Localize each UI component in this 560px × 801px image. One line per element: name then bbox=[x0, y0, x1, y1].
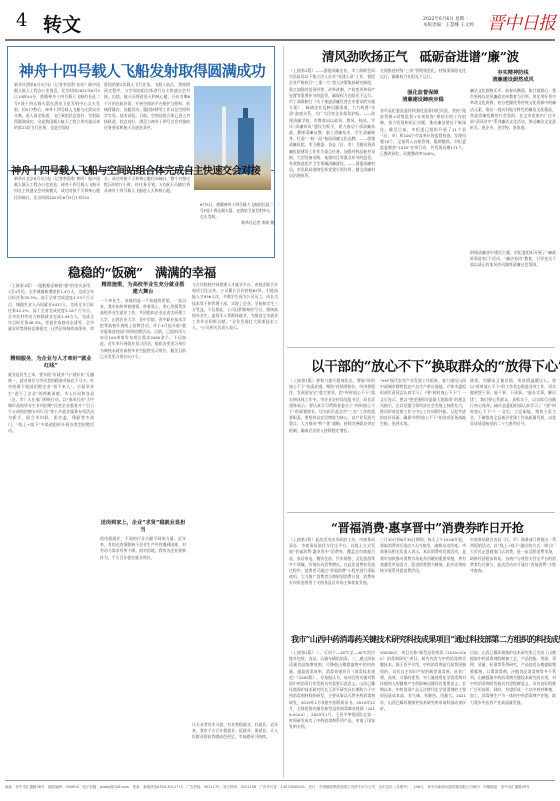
section-divider bbox=[287, 512, 555, 513]
section-divider bbox=[287, 347, 555, 348]
right-top-col2-intro: 全面推进村级“三资”管理规范化，村级事务阳光化运行，确保权力在阳光下运行。 bbox=[380, 68, 466, 86]
bottom-col2: Y003007，项目名称“新型冠状病毒（2019-nCoV）消毒剂研究”项目。研… bbox=[380, 650, 466, 778]
left-mid-col3-body: 与合作院校共同搭建人才就业平台，由校企联合开展项目化运作，公司累计合作院校62所… bbox=[192, 282, 278, 722]
right-top-col2-subhead: 强化监督保障 清廉建设蹄疾步稳 bbox=[380, 90, 466, 104]
left-mid-col1-subhead: 精细服务，为企业与人才牵好“就业红线” bbox=[8, 356, 94, 370]
col-body: 一组数据诠释着“稳”的坚实步伐：1至4月份，全市城镇新增就业1.4万人，完成全年… bbox=[8, 283, 94, 331]
left-mid-col2-subhead: 精准施策，为高校毕业生充分就业搭建大舞台 bbox=[100, 282, 186, 296]
left-mid-col3-body2: 让无业者有业可就、有业者稳就业、好就业。近年来，我市千方百计稳就业、促就业、保就… bbox=[192, 722, 278, 778]
feature-second-headline[interactable]: 神舟十四号载人飞船与空间站组合体完成自主快速交会对接 bbox=[11, 162, 191, 177]
bottom-col1: （上接第1版）二、可用于—18℃至—40℃的冷链外包装、食品、运输车辆的消毒。三… bbox=[289, 650, 375, 778]
feature-second-col1: 新华社北京6月5日电（记者李国利 黄明）据中国载人航天工程办公室消息，神舟十四号… bbox=[14, 176, 100, 250]
page-number: 4 bbox=[16, 10, 27, 31]
footer-rule bbox=[5, 780, 555, 781]
jump-note: （上接第1版） bbox=[8, 283, 34, 288]
editor-line: 本版责编：王慧娜 王文婷 bbox=[423, 23, 474, 29]
feature-second-col2: 分，成功对接于天和核心舱径向端口，整个对接过程历时约7小时。按任务计划，3名航天… bbox=[104, 176, 190, 250]
right-top-headline[interactable]: 清风劲吹扬正气 砥砺奋进谱“廉”波 bbox=[322, 47, 519, 65]
col-body: ——创建清廉企业。市工商联会同市民政局以下独立法人企业“党建入章”工作，督促企业… bbox=[289, 68, 375, 178]
left-mid-col2-subhead2: 送岗到家上，企业“求贤”稳就业显担当 bbox=[100, 520, 186, 534]
left-mid-col1: （上接第1版）一组数据诠释着“稳”的坚实步伐：1至4月份，全市城镇新增就业1.4… bbox=[8, 283, 94, 331]
section-title: 转文 bbox=[43, 10, 81, 37]
jump-note: （上接第1版） bbox=[289, 650, 316, 655]
right-mid-headline[interactable]: 以干部的“放心不下”换取群众的“放得下心” bbox=[311, 355, 560, 375]
masthead-logo: 晋中日报 bbox=[487, 9, 555, 35]
feature-body-col2: 阶段的第3次载人飞行任务。飞船入轨后，将按照预定程序，与空间站组合体进行自主快速… bbox=[104, 82, 190, 156]
jump-note: （上接第1版） bbox=[289, 537, 315, 542]
left-mid-col1-body: 就业是民生之本，要实现“好就业”与“就好业”互融统一，就业岗位与劳动者的精准对接… bbox=[8, 372, 94, 778]
footer-info: 地址：晋中市汇通路36号 邮政编码：030600 电子信箱：jzrbbs@126… bbox=[5, 785, 555, 790]
right-mid-col2: “XM”现代农业产业发展工作矩阵，着力建设山西中部城市群特优农产品生产供应基地。… bbox=[380, 378, 466, 506]
rocket-shape bbox=[222, 106, 226, 166]
right-top-col3-subhead: 夯实精神防线 清廉建设蔚然成风 bbox=[470, 70, 556, 84]
right-mid-col1: （上接第1版）要着力提升精神状态，增强“时时放心不下”的责任感，聚焦“疫情要防住… bbox=[289, 378, 375, 506]
right-top-col3-body: 廉洁文化润物无声，如春风拂面，如甘霖润心。我市坚持以党风廉政宣传教育为引领，用足… bbox=[470, 88, 556, 248]
left-mid-headline[interactable]: 稳稳的“饭碗” 满满的幸福 bbox=[68, 263, 216, 281]
column-divider bbox=[283, 46, 284, 778]
right-top-col1: （上接第1版）——创建清廉企业。市工商联会同市民政局以下独立法人企业“党建入章”… bbox=[289, 68, 375, 330]
consume-headline[interactable]: “晋福消费·惠享晋中”消费券昨日开抢 bbox=[331, 519, 524, 536]
feature-headline[interactable]: 神舟十四号载人飞船发射取得圆满成功 bbox=[14, 60, 270, 81]
col-body: 此次活动由市政府主办，市商务局承办，市商务局依托支付宝平台，以线上方式发放“晋福… bbox=[289, 537, 375, 585]
consume-col3: 市商务局联合各县（区、市）商务部门将推出一系列促销活动，以“线上+线下”融合的方… bbox=[470, 537, 556, 627]
consume-col2: 三月30日到6月30日期间，每天上午10:00开抢，领取消费券后需在7天内使用，… bbox=[380, 537, 466, 627]
right-top-col2-body: 各市县纪委监委持续强化监督执纪问责，坚持“派驻管辖+同级监督+专项检查”相结合的… bbox=[380, 108, 466, 330]
caption-text: 6月5日，搭载神舟十四号载人飞船的长征二号F遥十四运载火箭，在酒泉卫星发射中心点… bbox=[200, 202, 274, 220]
right-top-col3-body2: 围绕清廉晋中建设主题，市纪委组织开展了“廉政故事进家门”活动，“廉洁家风”教育，… bbox=[470, 250, 556, 330]
left-mid-col2-body: 一个毕业生，承载的是一个家庭的希望。一直以来，我市始终带着感情、带着爱心，用心用… bbox=[100, 298, 186, 516]
jump-note: （上接第1版） bbox=[289, 68, 315, 73]
col-body: 要着力提升精神状态，增强“时时放心不下”的责任感，聚焦“疫情要防住、经济要稳住、… bbox=[289, 378, 375, 433]
jump-note: （上接第1版） bbox=[289, 378, 316, 383]
bottom-headline[interactable]: 我市“山西中药消毒药关键技术研究科技成果项目”通过科技部第二方组织的科技成果评价 bbox=[291, 634, 560, 645]
photo-caption: 6月5日，搭载神舟十四号载人飞船的长征二号F遥十四运载火箭，在酒泉卫星发射中心点… bbox=[200, 202, 274, 226]
col-body: 二、可用于—18℃至—40℃的冷链外包装、食品、运输车辆的消毒。三、通过添加适量… bbox=[289, 650, 375, 729]
issue-info: 2022年6月6日 星期一 本版责编：王慧娜 王文婷 bbox=[423, 17, 474, 29]
header-rule bbox=[5, 39, 555, 41]
bottom-col3: 目前，山西已耀环境保护技术研究所已完成了山楂提取中药消毒剂的制备工艺、产品性能、… bbox=[470, 650, 556, 778]
right-mid-col3: 使命，用脚步丈量民情，用真情温暖民心。要以“时时放心不下”的工作状态推进各项工作… bbox=[470, 378, 556, 506]
consume-col1: （上接第1版）此次活动由市政府主办，市商务局承办，市商务局依托支付宝平台，以线上… bbox=[289, 537, 375, 627]
left-mid-col2-body2: 稳岗稳就业，不同的行业贡献不同的力量。近年来，有的在疫情影响下企业生产经营遇到困… bbox=[100, 536, 186, 778]
feature-body-col1: 新华社酒泉6月5日电（记者李国利 张泉）据中国载人航天工程办公室消息，北京时间2… bbox=[14, 82, 100, 156]
photo-credit: 新华社记者 李刚 摄 bbox=[200, 220, 274, 226]
